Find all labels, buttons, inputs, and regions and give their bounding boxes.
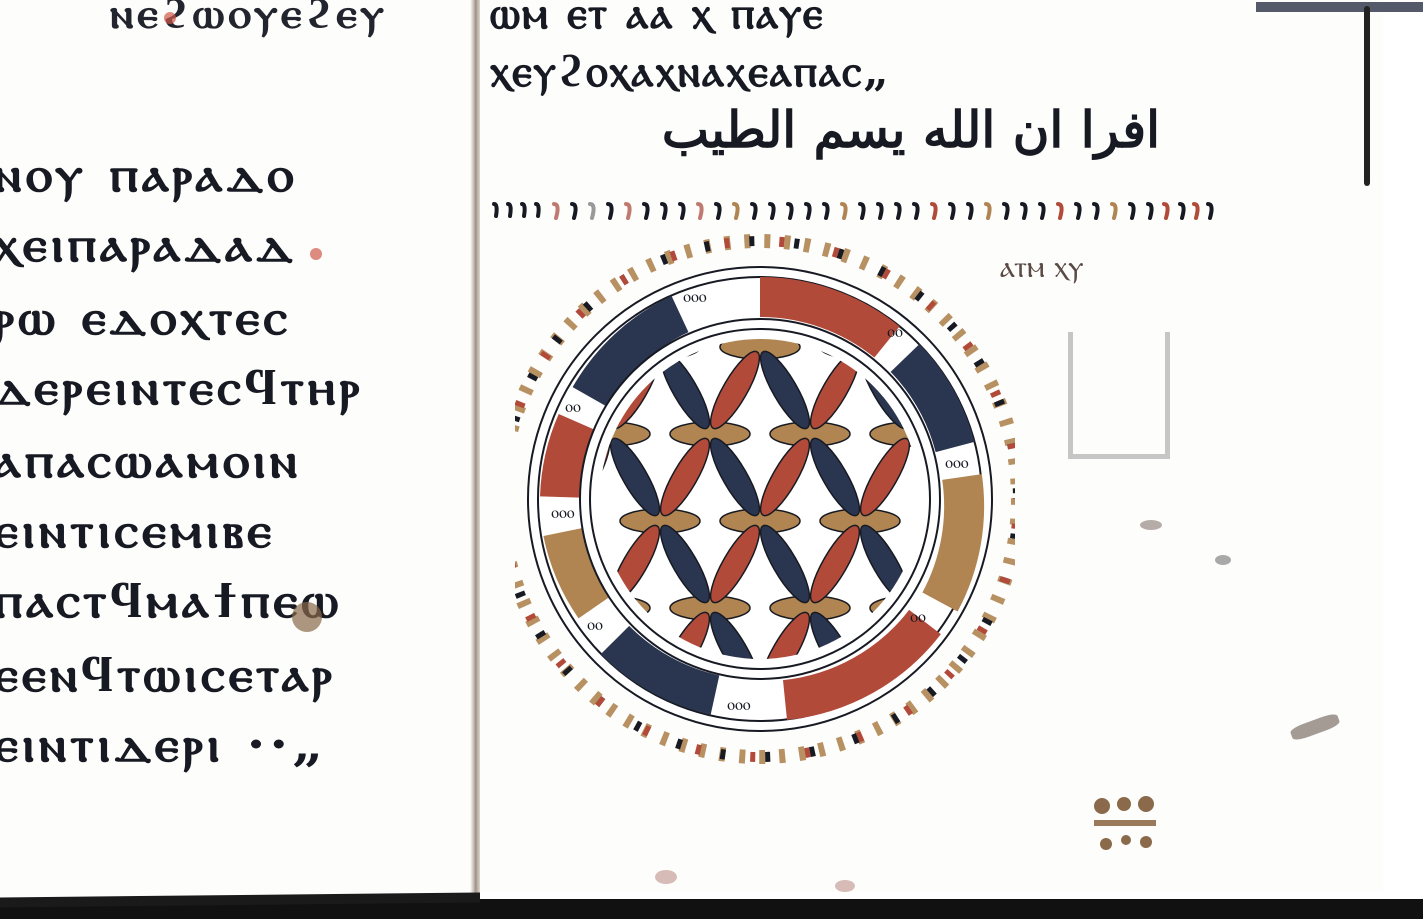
bottom-sign [1090,790,1160,864]
right-coptic-line-2: ⲭⲉⲩϩⲟⲭⲁⲭⲛⲁⲭⲉⲁⲡⲁⲥ„ [490,46,891,97]
ring-label-7: ⲟⲟⲟ [551,503,575,522]
left-line-2: ⲛⲟⲩ ⲡⲁⲣⲁⲇⲟ [0,145,297,204]
ring-label-4: ⲟⲟ [910,607,926,626]
arabic-line: افرا ان الله يسم الطيب [500,100,1160,159]
stain [1140,520,1162,530]
left-line-4: ⲣⲱ ⲉⲇⲟⲭⲧⲉⲥ [0,288,291,347]
ink-stain [292,602,322,632]
rosette-diagram: ⲟⲟⲟ ⲟⲟ ⲟⲟⲟ ⲟⲟ ⲟⲟⲟ ⲟⲟ ⲟⲟⲟ ⲟⲟ [515,222,1015,806]
left-line-1: ⲛⲉϩⲱⲟⲩⲉϩⲉⲩ [110,0,388,39]
margin-note: ⲁⲧⲙ ⲭⲩ [1000,250,1084,285]
ring-label-3: ⲟⲟⲟ [945,453,969,472]
ring-label-1: ⲟⲟⲟ [683,287,707,306]
faded-mark [1068,332,1170,459]
left-line-7: ⲉⲓⲛⲧⲓⲥⲉⲙⲓⲃⲉ [0,501,275,560]
right-edge-strip [1383,0,1423,919]
left-line-5: ⲇⲉⲣⲉⲓⲛⲧⲉⲥϥⲧⲏⲣ [0,358,364,417]
binding-line [1364,6,1370,186]
red-dot [164,12,176,24]
ring-label-5: ⲟⲟⲟ [727,695,751,714]
left-line-6: ⲁⲡⲁⲥⲱⲁⲙⲟⲓⲛ [0,431,301,490]
page-gutter [470,0,480,900]
stain [835,880,855,892]
ring-label-6: ⲟⲟ [587,615,603,634]
stain [655,870,677,884]
left-line-9: ⲉⲉⲛϥⲧⲱⲓⲥⲉⲧⲁⲣ [0,645,336,704]
left-line-3: ⲭⲉⲓⲡⲁⲣⲁⲇⲁⲇ [0,215,297,274]
flower-of-life-icon: ⲟⲟⲟ ⲟⲟ ⲟⲟⲟ ⲟⲟ ⲟⲟⲟ ⲟⲟ ⲟⲟⲟ ⲟⲟ [515,222,1015,802]
red-dot [310,248,322,260]
left-line-8: ⲡⲁⲥⲧϥⲙⲁϯⲡⲉⲱ [0,571,342,630]
ring-label-2: ⲟⲟ [887,322,903,341]
ring-label-8: ⲟⲟ [565,397,581,416]
dots-sign-icon [1090,790,1160,860]
top-binding-band [1256,2,1423,12]
left-line-10: ⲉⲓⲛⲧⲓⲇⲉⲣⲓ ··„ [0,715,327,774]
right-coptic-top-line: ⲱⲙ ⲉⲧ ⲁⲁ ⲭ ⲡⲁⲩⲉ [490,0,824,39]
stain [1215,555,1231,565]
